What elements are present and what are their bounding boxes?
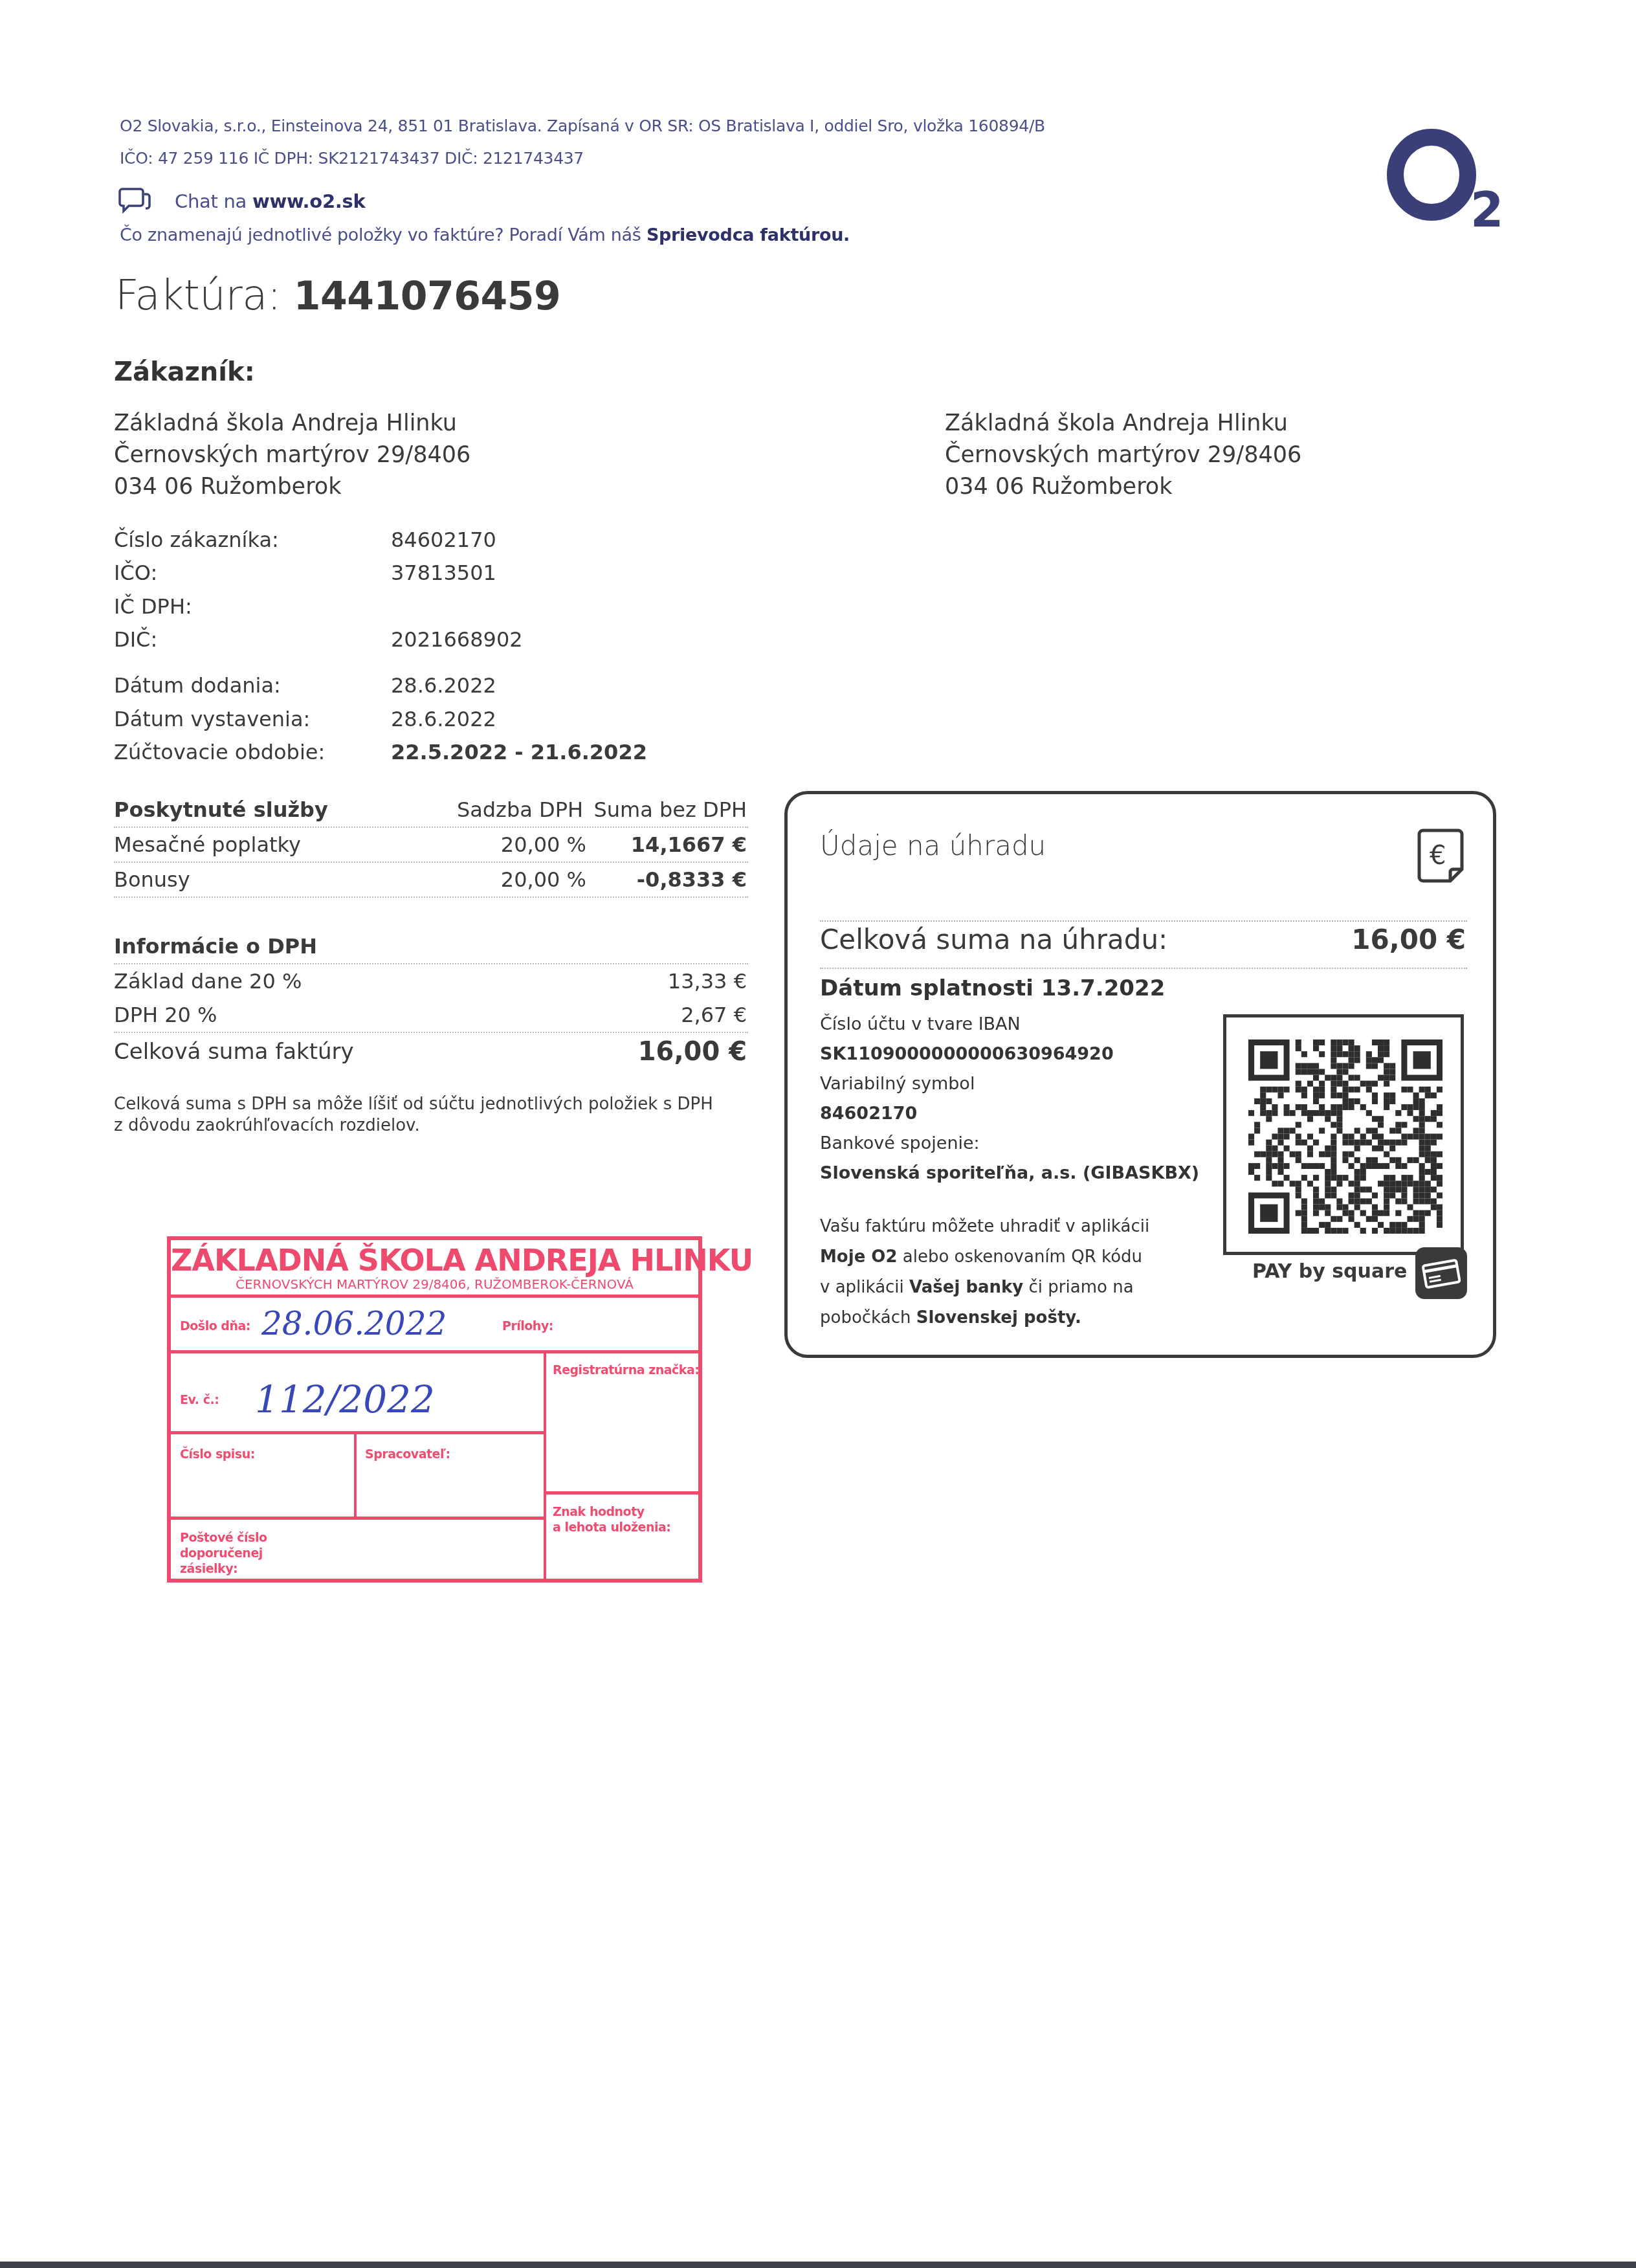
services-heading: Poskytnuté služby [114, 793, 328, 827]
stamp-file-label: Číslo spisu: [180, 1447, 255, 1462]
field-label: Zúčtovacie obdobie: [114, 740, 325, 764]
pay-by-square-label: PAY by square [1252, 1260, 1407, 1283]
euro-symbol: € [1430, 841, 1446, 871]
ico-value: 37813501 [391, 561, 496, 585]
instructions-line: v aplikácii Vašej banky či priamo na [820, 1273, 1149, 1303]
table-row: DPH 20 % 2,67 € [114, 998, 748, 1033]
field-label: IČO: [114, 561, 157, 585]
o2-logo: 2 [1372, 123, 1501, 233]
customer-address-line: 034 06 Ružomberok [114, 471, 470, 503]
guide-link[interactable]: Sprievodca faktúrou. [647, 225, 850, 245]
stamp-divider [171, 1431, 546, 1434]
guide-line: Čo znamenajú jednotlivé položky vo faktú… [120, 225, 850, 245]
customer-address-line: Základná škola Andreja Hlinku [114, 408, 470, 439]
logo-subscript: 2 [1470, 183, 1501, 233]
vs-value[interactable]: 84602170 [820, 1104, 917, 1124]
rounding-note: Celková suma s DPH sa môže líšiť od súčt… [114, 1094, 713, 1137]
euro-invoice-icon: € [1417, 828, 1465, 884]
company-info-line: O2 Slovakia, s.r.o., Einsteinova 24, 851… [120, 117, 1045, 135]
dic-row: DIČ: 2021668902 [114, 627, 157, 652]
stamp-attachments-label: Prílohy: [502, 1319, 553, 1333]
service-name: Bonusy [114, 863, 190, 896]
service-name: Mesačné poplatky [114, 828, 301, 862]
divider [820, 920, 1467, 922]
stamp-divider [171, 1517, 546, 1520]
stamp-retention-label: Znak hodnoty a lehota uloženia: [553, 1504, 670, 1535]
vat-label: DPH 20 % [114, 998, 217, 1032]
field-label: Dátum vystavenia: [114, 707, 310, 731]
service-amount: 14,1667 € [631, 828, 747, 862]
table-row: Základ dane 20 % 13,33 € [114, 964, 748, 998]
ic-dph-row: IČ DPH: [114, 594, 192, 619]
service-rate: 20,00 % [501, 863, 586, 896]
vat-table: Informácie o DPH Základ dane 20 % 13,33 … [114, 929, 748, 1071]
stamp-divider [171, 1295, 698, 1298]
invoice-total-value: 16,00 € [638, 1033, 747, 1071]
payment-title: Údaje na úhradu [820, 830, 1046, 862]
qr-code-frame [1223, 1014, 1464, 1255]
chat-prefix: Chat na [175, 190, 252, 212]
invoice-number: 1441076459 [294, 274, 560, 319]
customer-address-line: Černovských martýrov 29/8406 [114, 439, 470, 471]
customer-number: 84602170 [391, 528, 496, 552]
instructions-line: Moje O2 alebo oskenovaním QR kódu [820, 1242, 1149, 1273]
customer-number-row: Číslo zákazníka: 84602170 [114, 528, 279, 552]
ico-row: IČO: 37813501 [114, 561, 157, 585]
guide-prefix: Čo znamenajú jednotlivé položky vo faktú… [120, 225, 647, 245]
iban-label: Číslo účtu v tvare IBAN [820, 1014, 1021, 1034]
stamp-received-date: 28.06.2022 [261, 1305, 447, 1342]
vat-header-row: Informácie o DPH [114, 929, 748, 964]
stamp-handler-label: Spracovateľ: [365, 1447, 450, 1462]
card-icon [1415, 1247, 1467, 1299]
instructions-line: Vašu faktúru môžete uhradiť v aplikácii [820, 1212, 1149, 1242]
col-rate-header: Sadzba DPH [457, 793, 583, 827]
billing-period-row: Zúčtovacie obdobie: 22.5.2022 - 21.6.202… [114, 740, 325, 764]
mailing-address-line: Černovských martýrov 29/8406 [945, 439, 1301, 471]
stamp-divider [544, 1491, 698, 1495]
stamp-ev-number: 112/2022 [255, 1377, 435, 1421]
stamp-received-label: Došlo dňa: [180, 1319, 250, 1333]
rounding-note-line: z dôvodu zaokrúhľovacích rozdielov. [114, 1115, 713, 1137]
chat-icon [118, 185, 153, 219]
due-date: Dátum splatnosti 13.7.2022 [820, 975, 1165, 1001]
services-table: Poskytnuté služby Sadzba DPH Suma bez DP… [114, 793, 748, 898]
vat-value: 13,33 € [668, 964, 747, 998]
stamp-school-name: ZÁKLADNÁ ŠKOLA ANDREJA HLINKU [171, 1243, 698, 1278]
divider [820, 968, 1467, 969]
delivery-date: 28.6.2022 [391, 673, 496, 698]
issue-date-row: Dátum vystavenia: 28.6.2022 [114, 707, 310, 731]
field-label: DIČ: [114, 627, 157, 652]
registry-stamp: ZÁKLADNÁ ŠKOLA ANDREJA HLINKU ČERNOVSKÝC… [167, 1236, 702, 1583]
mailing-address-line: Základná škola Andreja Hlinku [945, 408, 1301, 439]
service-amount: -0,8333 € [637, 863, 747, 896]
stamp-school-address: ČERNOVSKÝCH MARTÝROV 29/8406, RUŽOMBEROK… [171, 1276, 698, 1292]
stamp-divider [171, 1350, 698, 1353]
delivery-date-row: Dátum dodania: 28.6.2022 [114, 673, 281, 698]
col-amount-header: Suma bez DPH [593, 793, 747, 827]
mailing-address: Základná škola Andreja Hlinku Černovskýc… [945, 408, 1301, 503]
payment-instructions: Vašu faktúru môžete uhradiť v aplikácii … [820, 1212, 1149, 1333]
services-header-row: Poskytnuté služby Sadzba DPH Suma bez DP… [114, 793, 748, 828]
bank-label: Bankové spojenie: [820, 1133, 980, 1153]
invoice-title-label: Faktúra: [115, 272, 281, 320]
table-row: Mesačné poplatky 20,00 % 14,1667 € [114, 828, 748, 863]
payment-total-value: 16,00 € [1351, 924, 1466, 955]
stamp-registry-label: Registratúrna značka: [553, 1363, 699, 1377]
field-label: Dátum dodania: [114, 673, 281, 698]
instructions-line: pobočkách Slovenskej pošty. [820, 1303, 1149, 1333]
payment-total-label: Celková suma na úhradu: [820, 924, 1167, 955]
stamp-ev-label: Ev. č.: [180, 1393, 219, 1407]
chat-link[interactable]: www.o2.sk [252, 190, 366, 212]
stamp-divider [354, 1431, 357, 1518]
vat-heading: Informácie o DPH [114, 929, 317, 963]
vs-label: Variabilný symbol [820, 1074, 975, 1094]
billing-period: 22.5.2022 - 21.6.2022 [391, 740, 647, 764]
vat-label: Základ dane 20 % [114, 964, 302, 998]
invoice-total-label: Celková suma faktúry [114, 1033, 354, 1071]
field-label: Číslo zákazníka: [114, 528, 279, 552]
bank-value: Slovenská sporiteľňa, a.s. (GIBASKBX) [820, 1163, 1199, 1183]
stamp-postal-label: Poštové číslo doporučenej zásielky: [180, 1530, 267, 1577]
rounding-note-line: Celková suma s DPH sa môže líšiť od súčt… [114, 1094, 713, 1115]
scan-edge [0, 2262, 1636, 2268]
customer-address: Základná škola Andreja Hlinku Černovskýc… [114, 408, 470, 503]
customer-heading: Zákazník: [114, 357, 255, 387]
invoice-title: Faktúra: 1441076459 [115, 272, 560, 320]
qr-code[interactable] [1248, 1039, 1443, 1234]
service-rate: 20,00 % [501, 828, 586, 862]
dic-value: 2021668902 [391, 627, 523, 652]
field-label: IČ DPH: [114, 594, 192, 619]
mailing-address-line: 034 06 Ružomberok [945, 471, 1301, 503]
invoice-total-row: Celková suma faktúry 16,00 € [114, 1033, 748, 1071]
vat-value: 2,67 € [681, 998, 747, 1032]
stamp-divider [544, 1350, 546, 1579]
iban-value[interactable]: SK1109000000000630964920 [820, 1044, 1114, 1064]
payment-total-row: Celková suma na úhradu: 16,00 € [820, 924, 1467, 955]
table-row: Bonusy 20,00 % -0,8333 € [114, 863, 748, 898]
payment-box: Údaje na úhradu € Celková suma na úhradu… [784, 791, 1496, 1358]
chat-line: Chat na www.o2.sk [175, 190, 365, 212]
issue-date: 28.6.2022 [391, 707, 496, 731]
company-ids-line: IČO: 47 259 116 IČ DPH: SK2121743437 DIČ… [120, 149, 584, 168]
